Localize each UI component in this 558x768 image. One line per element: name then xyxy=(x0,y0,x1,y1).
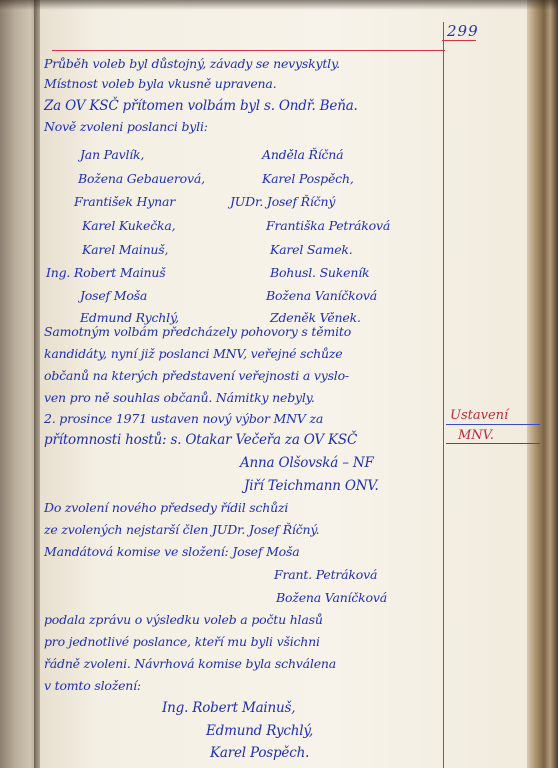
text-line: kandidáty, nyní již poslanci MNV, veřejn… xyxy=(44,346,342,361)
deputy-name: Ing. Robert Mainuš xyxy=(46,265,165,280)
deputy-name: Božena Gebauerová, xyxy=(78,171,205,186)
deputy-name: Zdeněk Věnek. xyxy=(270,310,361,325)
notebook-page xyxy=(40,0,527,768)
red-margin-line xyxy=(443,22,444,768)
deputy-name: Františka Petráková xyxy=(266,218,390,233)
deputy-name: Karel Pospěch, xyxy=(262,171,354,186)
text-line: Mandátová komise ve složení: Josef Moša xyxy=(44,544,299,559)
deputy-name: Karel Mainuš, xyxy=(82,242,168,257)
deputy-name: Josef Moša xyxy=(80,288,147,303)
commission-member: Božena Vaníčková xyxy=(276,590,387,605)
text-line: pro jednotlivé poslance, kteří mu byli v… xyxy=(44,634,320,649)
margin-note: Ustavení xyxy=(450,408,508,423)
facing-page-edge xyxy=(0,0,38,768)
deputy-name: Jan Pavlík, xyxy=(80,147,144,162)
text-line: ven pro ně souhlas občanů. Námitky nebyl… xyxy=(44,390,315,405)
page-number: 299 xyxy=(447,22,479,40)
text-line: podala zprávu o výsledku voleb a počtu h… xyxy=(44,612,323,627)
margin-note-underline xyxy=(446,424,540,425)
text-line: přítomnosti hostů: s. Otakar Večeřa za O… xyxy=(44,432,357,448)
commission-member: Edmund Rychlý, xyxy=(206,723,313,739)
deputy-name: Edmund Rychlý, xyxy=(80,310,179,325)
text-line: Místnost voleb byla vkusně upravena. xyxy=(44,76,276,91)
deputy-name: Karel Kukečka, xyxy=(82,218,175,233)
deputy-name: Bohusl. Sukeník xyxy=(270,265,369,280)
text-line: Průběh voleb byl důstojný, závady se nev… xyxy=(44,56,340,71)
deputy-name: Karel Samek. xyxy=(270,242,353,257)
margin-note: MNV. xyxy=(458,428,494,443)
top-shadow xyxy=(0,0,558,10)
deputy-name: František Hynar xyxy=(74,194,175,209)
deputy-name: Božena Vaníčková xyxy=(266,288,377,303)
text-line: v tomto složení: xyxy=(44,678,141,693)
commission-member: Karel Pospěch. xyxy=(210,745,309,761)
page-number-underline xyxy=(442,40,476,41)
deputy-name: JUDr. Josef Říčný xyxy=(230,194,335,209)
deputy-name: Anděla Říčná xyxy=(262,147,343,162)
text-line: Za OV KSČ přítomen volbám byl s. Ondř. B… xyxy=(44,98,358,114)
text-line: občanů na kterých představení veřejnosti… xyxy=(44,368,349,383)
top-red-rule xyxy=(52,50,445,51)
commission-member: Ing. Robert Mainuš, xyxy=(162,700,295,716)
guest-name: Jiří Teichmann ONV. xyxy=(244,478,379,494)
text-line: Samotným volbám předcházely pohovory s t… xyxy=(44,324,351,339)
margin-note-underline xyxy=(446,443,540,444)
guest-name: Anna Olšovská – NF xyxy=(240,455,374,471)
text-line: ze zvolených nejstarší člen JUDr. Josef … xyxy=(44,522,319,537)
text-line: řádně zvoleni. Návrhová komise byla schv… xyxy=(44,656,336,671)
page-stack-edge xyxy=(527,0,558,768)
text-line: 2. prosince 1971 ustaven nový výbor MNV … xyxy=(44,411,323,426)
text-line: Nově zvoleni poslanci byli: xyxy=(44,119,208,134)
text-line: Do zvolení nového předsedy řídil schůzi xyxy=(44,500,288,515)
commission-member: Frant. Petráková xyxy=(274,567,377,582)
